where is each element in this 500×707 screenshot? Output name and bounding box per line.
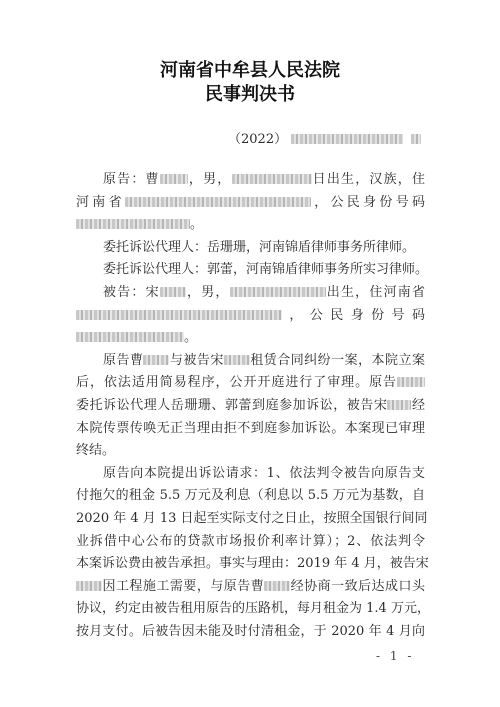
text-line: 因工程施工需要，与原告曹经协商一致后达成口头 xyxy=(76,576,425,599)
document-type-title: 民事判决书 xyxy=(0,83,500,107)
redacted-text xyxy=(143,355,169,365)
line-text: 委托诉讼代理人：岳珊珊，河南锦盾律师事务所律师。 xyxy=(103,240,415,255)
page-number: - 1 - xyxy=(376,649,414,663)
text-line: 后，依法适用简易程序，公开开庭进行了审理。原告 xyxy=(76,372,425,395)
text-line: 付拖欠的租金 5.5 万元及利息（利息以 5.5 万元为基数，自 xyxy=(76,485,425,508)
text-line: ，公民身份号码 xyxy=(76,305,425,328)
text-line: 终结。 xyxy=(76,440,425,463)
text-line: 本院传票传唤无正当理由拒不到庭参加诉讼。本案现已审理 xyxy=(76,418,425,441)
text-line: 协议，约定由被告租用原告的压路机，每月租金为 1.4 万元， xyxy=(76,598,425,621)
text-line: 河南省，公民身份号码 xyxy=(76,192,425,215)
redacted-text xyxy=(264,581,290,591)
text-line: 2020 年 4 月 13 日起至实际支付之日止，按照全国银行间同 xyxy=(76,508,425,531)
text-line: 。 xyxy=(76,214,425,237)
line-text: 经 xyxy=(411,398,425,413)
line-text: 2020 年 4 月 13 日起至实际支付之日止，按照全国银行间同 xyxy=(76,511,428,526)
redacted-text xyxy=(76,310,282,320)
text-line: 按月支付。后被告因未能及时付清租金，于 2020 年 4 月向 xyxy=(76,621,425,644)
line-text: 出生，住河南省 xyxy=(326,285,425,300)
court-name-title: 河南省中牟县人民法院 xyxy=(0,59,500,83)
text-line: 业拆借中心公布的贷款市场报价利率计算）；2、依法判令 xyxy=(76,531,425,554)
line-text: 原告曹 xyxy=(103,353,143,368)
line-text: 经协商一致后达成口头 xyxy=(290,579,425,594)
line-text: ，男， xyxy=(188,172,232,187)
text-line: 。 xyxy=(76,327,425,350)
redacted-text xyxy=(397,377,425,387)
redacted-case-number-suffix xyxy=(411,134,421,144)
case-number: （2022） xyxy=(228,131,421,149)
line-text: 。 xyxy=(190,217,203,232)
line-text: 委托诉讼代理人：郭蕾，河南锦盾律师事务所实习律师。 xyxy=(103,262,428,277)
line-text: 河南省 xyxy=(76,195,125,210)
text-line: 委托诉讼代理人岳珊珊、郭蕾到庭参加诉讼，被告宋经 xyxy=(76,395,425,418)
redacted-text xyxy=(76,219,190,229)
redacted-case-number xyxy=(291,134,403,144)
redacted-text xyxy=(76,332,184,342)
line-text: ，男， xyxy=(186,285,230,300)
line-text: 本院传票传唤无正当理由拒不到庭参加诉讼。本案现已审理 xyxy=(76,421,425,436)
redacted-text xyxy=(76,581,102,591)
line-text: ，公民身份号码 xyxy=(311,195,425,210)
text-line: 原告向本院提出诉讼请求：1、依法判令被告向原告支 xyxy=(76,463,425,486)
judgment-body: 原告：曹，男，日出生，汉族，住河南省，公民身份号码。委托诉讼代理人：岳珊珊，河南… xyxy=(76,169,425,643)
redacted-text xyxy=(224,355,250,365)
redacted-text xyxy=(125,197,311,207)
line-text: 原告向本院提出诉讼请求：1、依法判令被告向原告支 xyxy=(103,466,425,481)
text-line: 委托诉讼代理人：岳珊珊，河南锦盾律师事务所律师。 xyxy=(76,237,425,260)
line-text: 付拖欠的租金 5.5 万元及利息（利息以 5.5 万元为基数，自 xyxy=(76,488,425,503)
line-text: 协议，约定由被告租用原告的压路机，每月租金为 1.4 万元， xyxy=(76,601,430,616)
line-text: 因工程施工需要，与原告曹 xyxy=(102,579,264,594)
text-line: 委托诉讼代理人：郭蕾，河南锦盾律师事务所实习律师。 xyxy=(76,259,425,282)
line-text: ，公民身份号码 xyxy=(282,308,425,323)
line-text: 后，依法适用简易程序，公开开庭进行了审理。原告 xyxy=(76,375,397,390)
line-text: 按月支付。后被告因未能及时付清租金，于 2020 年 4 月向 xyxy=(76,624,425,639)
text-line: 本案诉讼费由被告承担。事实与理由：2019 年 4 月，被告宋 xyxy=(76,553,425,576)
line-text: 委托诉讼代理人岳珊珊、郭蕾到庭参加诉讼，被告宋 xyxy=(76,398,387,413)
line-text: 终结。 xyxy=(76,443,115,458)
redacted-text xyxy=(160,287,186,297)
redacted-text xyxy=(160,174,188,184)
line-text: 与被告宋 xyxy=(169,353,223,368)
line-text: 被告：宋 xyxy=(103,285,160,300)
text-line: 原告曹与被告宋租赁合同纠纷一案，本院立案 xyxy=(76,350,425,373)
line-text: 。 xyxy=(184,330,197,345)
redacted-text xyxy=(387,400,411,410)
line-text: 本案诉讼费由被告承担。事实与理由：2019 年 4 月，被告宋 xyxy=(76,556,429,571)
redacted-text xyxy=(232,174,312,184)
line-text: 业拆借中心公布的贷款市场报价利率计算）；2、依法判令 xyxy=(76,534,425,549)
line-text: 日出生，汉族，住 xyxy=(312,172,425,187)
case-number-year: （2022） xyxy=(228,132,287,147)
redacted-text xyxy=(230,287,326,297)
line-text: 原告：曹 xyxy=(103,172,160,187)
text-line: 原告：曹，男，日出生，汉族，住 xyxy=(76,169,425,192)
line-text: 租赁合同纠纷一案，本院立案 xyxy=(250,353,425,368)
text-line: 被告：宋，男，出生，住河南省 xyxy=(76,282,425,305)
